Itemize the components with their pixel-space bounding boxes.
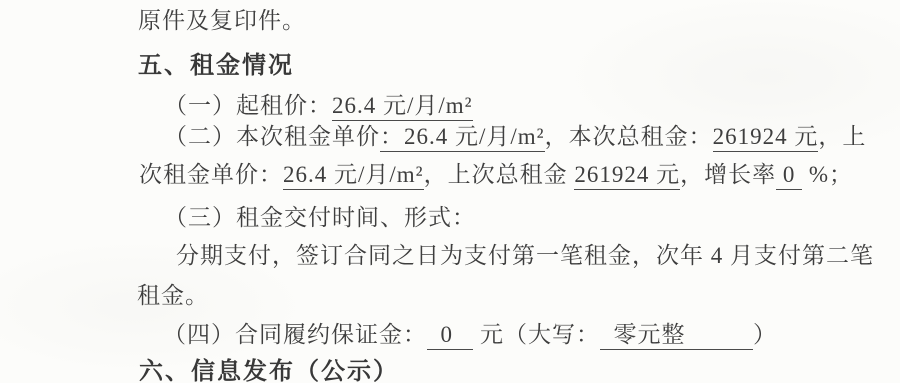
item-4-closing-paren: ）	[753, 322, 777, 347]
item-2-growth-rate-value: 0	[776, 162, 802, 190]
item-2-percent-sign: %；	[802, 162, 853, 187]
item-1-label: （一）起租价：	[164, 93, 332, 118]
item-1-starting-rent-value: 26.4 元/月/m²	[332, 93, 473, 121]
scanned-contract-page: 原件及复印件。 五、租金情况 （一）起租价：26.4 元/月/m² （二）本次租…	[0, 0, 900, 383]
item-1-starting-rent: （一）起租价：26.4 元/月/m²	[164, 91, 473, 121]
item-2-unit-price-label: （二）本次租金单价	[164, 124, 380, 149]
item-2-total-rent-label: ，本次总租金：	[545, 124, 713, 149]
item-4-deposit-amount-words-value: 零元整	[600, 322, 753, 350]
item-2-prev-unit-price-value: 26.4 元/月/m²	[283, 162, 424, 190]
line-originals-and-copies: 原件及复印件。	[138, 6, 306, 36]
item-4-deposit-amount-value: 0	[427, 322, 473, 350]
item-4-deposit-label: （四）合同履约保证金：	[163, 322, 427, 347]
item-4-yuan-capital-label: 元（大写：	[473, 322, 600, 347]
item-2-current-rent-line-1: （二）本次租金单价：26.4 元/月/m²，本次总租金：261924 元，上	[164, 122, 866, 152]
section-6-heading-information-release: 六、信息发布（公示）	[139, 357, 399, 383]
item-2-prev-total-rent-value: 261924 元	[574, 162, 680, 190]
item-2-prev-unit-price-label: 次租金单价：	[139, 162, 283, 187]
section-5-heading-rent-situation: 五、租金情况	[138, 51, 294, 81]
item-2-growth-rate-label: ，增长率	[680, 162, 776, 187]
item-3-payment-description-line-1: 分期支付，签订合同之日为支付第一笔租金，次年 4 月支付第二笔	[176, 241, 874, 271]
item-3-payment-time-form-label: （三）租金交付时间、形式：	[164, 203, 476, 233]
item-2-total-rent-value: 261924 元	[713, 124, 819, 152]
item-2-prev-total-rent-label: ，上次总租金	[424, 162, 575, 187]
item-4-performance-deposit: （四）合同履约保证金： 0 元（大写： 零元整 ）	[163, 320, 777, 350]
item-3-payment-description-line-2: 租金。	[137, 281, 209, 311]
item-2-line-1-tail: ，上	[818, 124, 866, 149]
item-2-unit-price-value: ：26.4 元/月/m²	[380, 124, 545, 152]
item-2-previous-rent-line-2: 次租金单价：26.4 元/月/m²，上次总租金 261924 元，增长率 0 %…	[139, 160, 853, 190]
